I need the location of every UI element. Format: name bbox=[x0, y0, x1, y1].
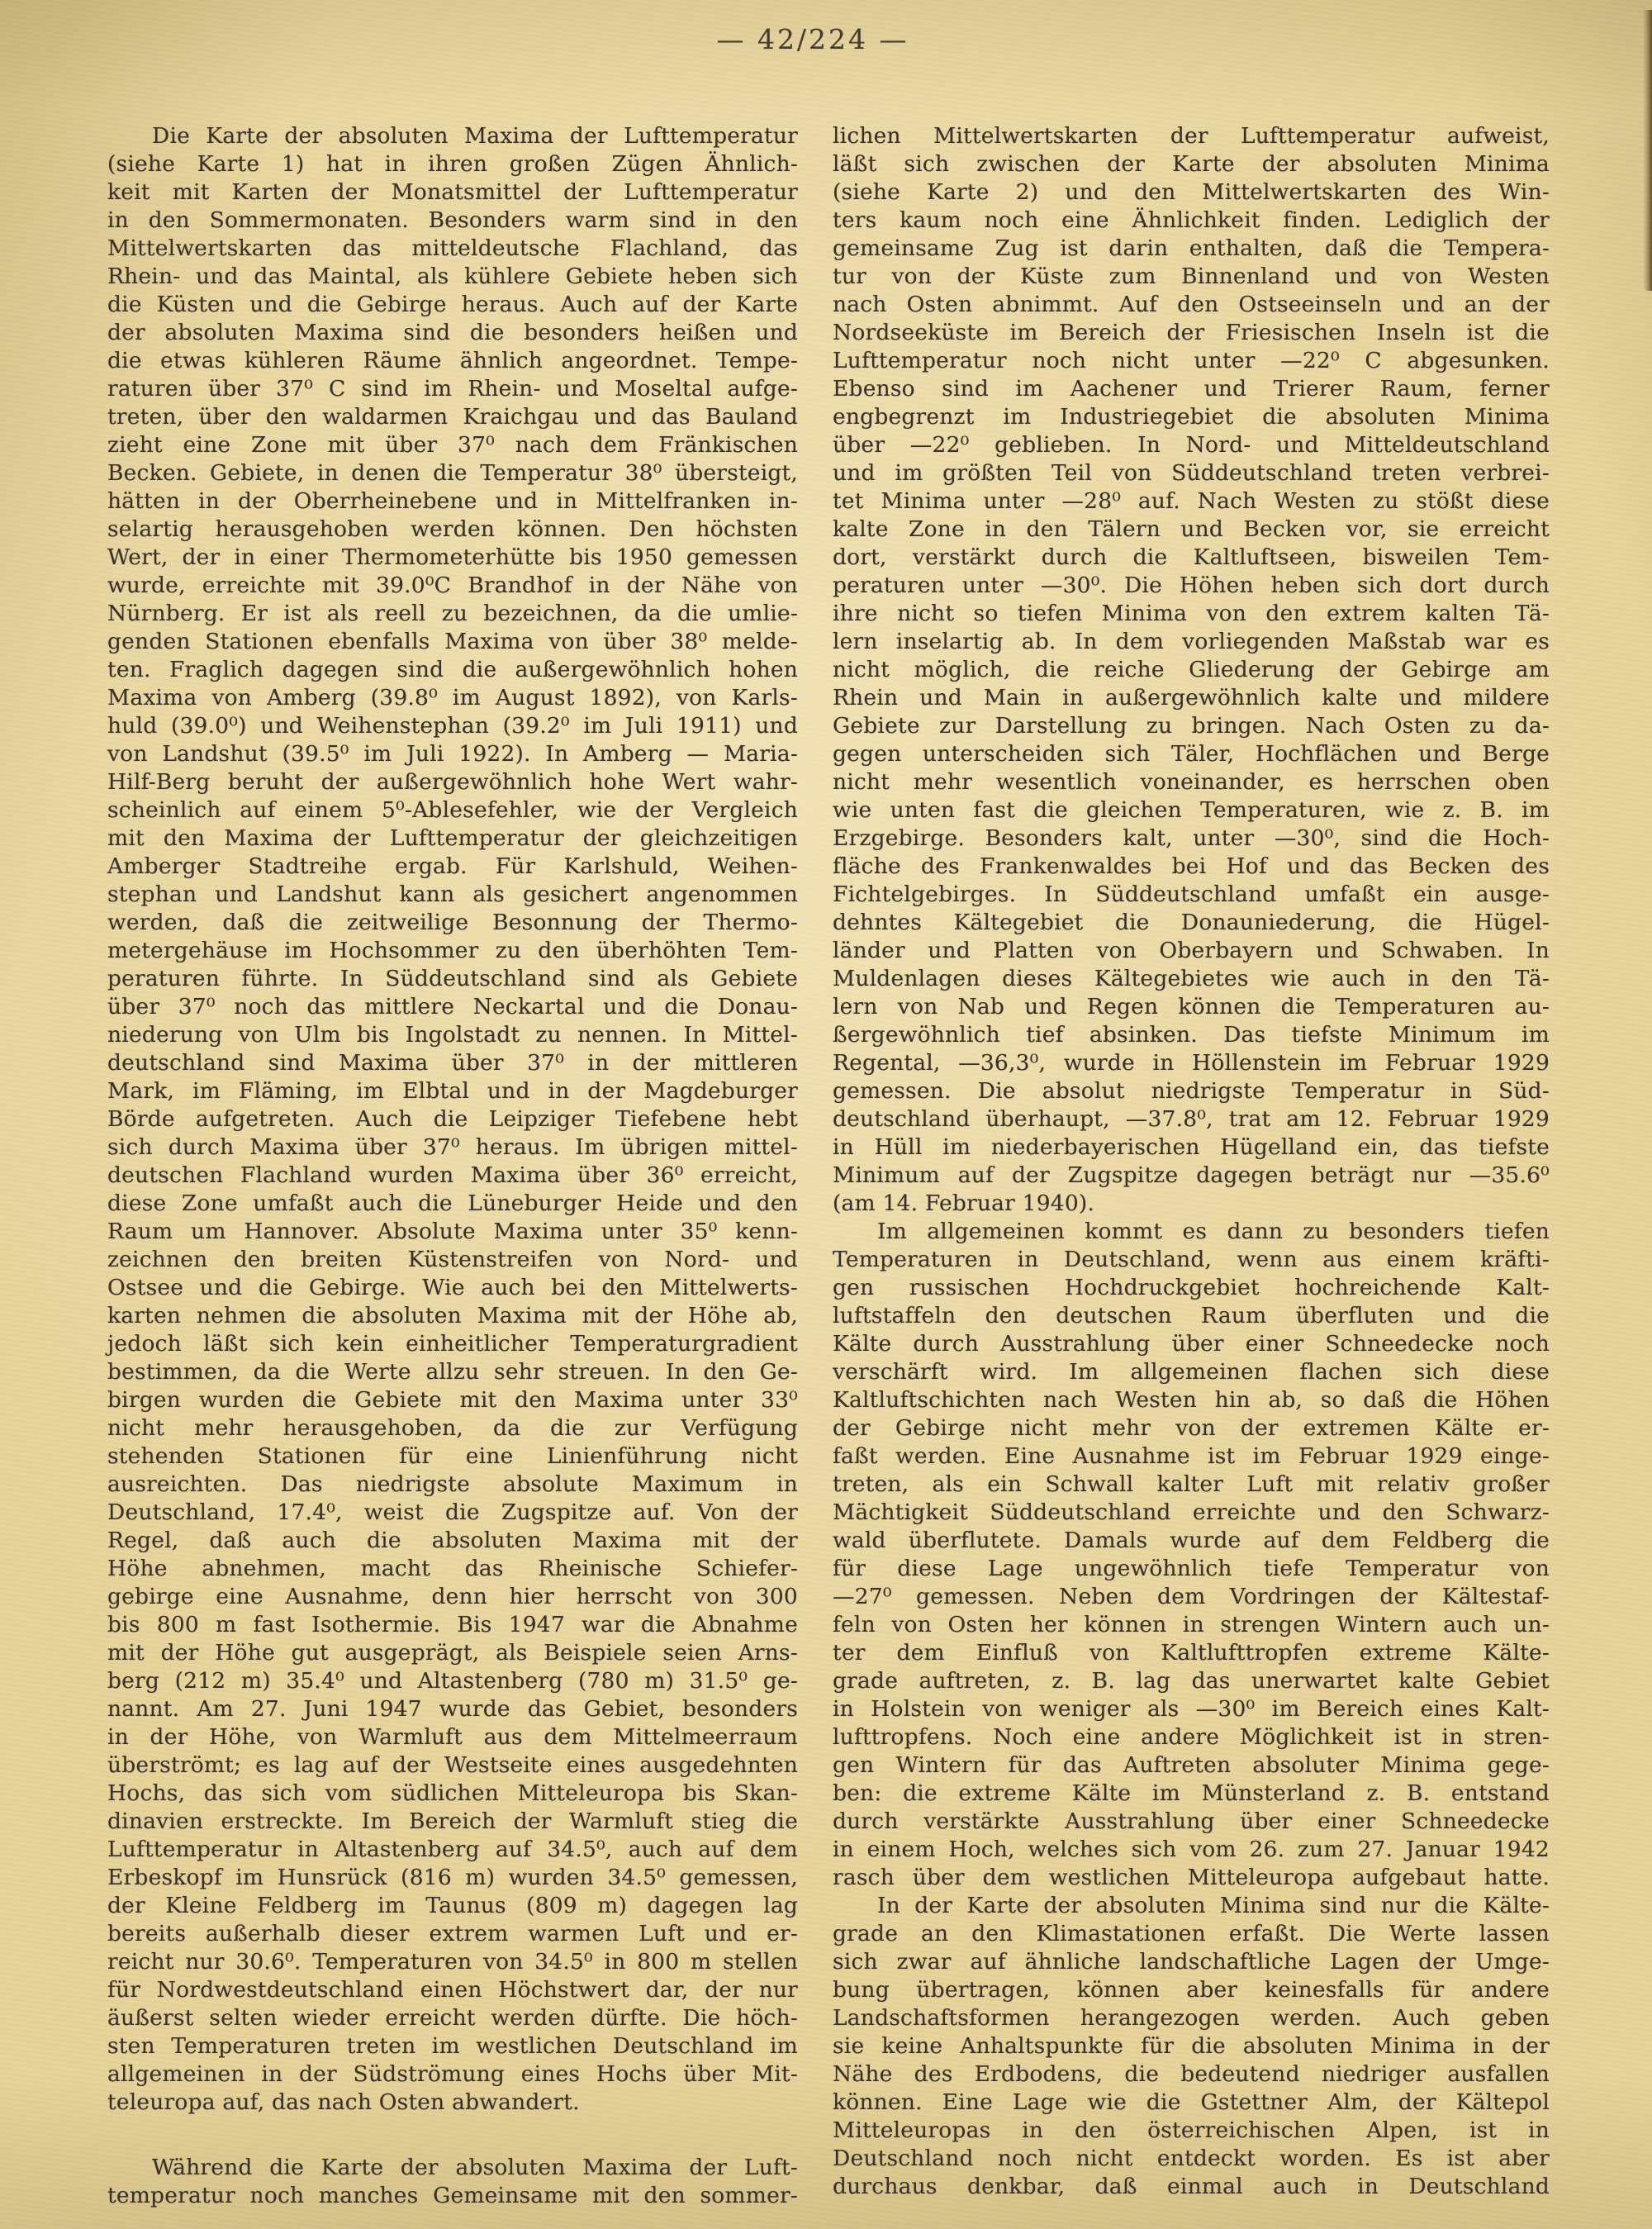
text-line: über 37⁰ noch das mittlere Neckartal und… bbox=[107, 993, 798, 1021]
text-line: zieht eine Zone mit über 37⁰ nach dem Fr… bbox=[107, 431, 798, 459]
text-line: die etwas kühleren Räume ähnlich angeord… bbox=[107, 347, 798, 375]
text-line: stehenden Stationen für eine Linienführu… bbox=[107, 1442, 798, 1471]
text-line: rasch über dem westlichen Mitteleuropa a… bbox=[833, 1864, 1550, 1892]
text-line: werden, daß die zeitweilige Besonnung de… bbox=[107, 909, 798, 937]
text-line: Rhein und Main in außergewöhnlich kalte … bbox=[833, 684, 1550, 712]
page-edge-shadow bbox=[1643, 10, 1652, 291]
text-line: grade auftreten, z. B. lag das unerwarte… bbox=[833, 1667, 1550, 1695]
text-line: niederung von Ulm bis Ingolstadt zu nenn… bbox=[107, 1021, 798, 1049]
text-line: ihre nicht so tiefen Minima von den extr… bbox=[833, 600, 1550, 628]
text-line: metergehäuse im Hochsommer zu den überhö… bbox=[107, 937, 798, 965]
text-line: zeichnen den breiten Küstenstreifen von … bbox=[107, 1246, 798, 1274]
text-line: ter dem Einfluß von Kaltlufttropfen extr… bbox=[833, 1639, 1550, 1667]
text-line: bis 800 m fast Isothermie. Bis 1947 war … bbox=[107, 1611, 798, 1639]
text-line: Erbeskopf im Hunsrück (816 m) wurden 34.… bbox=[107, 1864, 798, 1892]
text-line: Höhe abnehmen, macht das Rheinische Schi… bbox=[107, 1555, 798, 1583]
text-line: deutschland sind Maxima über 37⁰ in der … bbox=[107, 1049, 798, 1077]
text-line: ßergewöhnlich tief absinken. Das tiefste… bbox=[833, 1021, 1550, 1049]
text-line: stephan und Landshut kann als gesichert … bbox=[107, 881, 798, 909]
text-line: sie keine Anhaltspunkte für die absolute… bbox=[833, 2032, 1550, 2060]
text-line: die Küsten und die Gebirge heraus. Auch … bbox=[107, 291, 798, 319]
text-line: feln von Osten her können in strengen Wi… bbox=[833, 1611, 1550, 1639]
text-line: nannt. Am 27. Juni 1947 wurde das Gebiet… bbox=[107, 1695, 798, 1723]
text-line: sten Temperaturen treten im westlichen D… bbox=[107, 2032, 798, 2060]
text-line: mit der Höhe gut ausgeprägt, als Beispie… bbox=[107, 1639, 798, 1667]
text-line: bung übertragen, können aber keinesfalls… bbox=[833, 1976, 1550, 2004]
text-line: wie unten fast die gleichen Temperaturen… bbox=[833, 796, 1550, 825]
text-line: keit mit Karten der Monatsmittel der Luf… bbox=[107, 178, 798, 207]
text-line: treten, als ein Schwall kalter Luft mit … bbox=[833, 1471, 1550, 1499]
text-line: deutschen Flachland wurden Maxima über 3… bbox=[107, 1162, 798, 1190]
text-line: berg (212 m) 35.4⁰ und Altastenberg (780… bbox=[107, 1667, 798, 1695]
text-line: in den Sommermonaten. Besonders warm sin… bbox=[107, 207, 798, 235]
text-line: läßt sich zwischen der Karte der absolut… bbox=[833, 150, 1550, 178]
text-line: scheinlich auf einem 5⁰-Ablesefehler, wi… bbox=[107, 796, 798, 825]
text-line: Nürnberg. Er ist als reell zu bezeichnen… bbox=[107, 600, 798, 628]
text-line: mit den Maxima der Lufttemperatur der gl… bbox=[107, 825, 798, 853]
text-line: über —22⁰ geblieben. In Nord- und Mittel… bbox=[833, 431, 1550, 459]
text-line: sich zwar auf ähnliche landschaftliche L… bbox=[833, 1948, 1550, 1976]
text-line: diese Zone umfaßt auch die Lüneburger He… bbox=[107, 1190, 798, 1218]
text-line: Hilf-Berg beruht der außergewöhnlich hoh… bbox=[107, 768, 798, 796]
text-line: länder und Platten von Oberbayern und Sc… bbox=[833, 937, 1550, 965]
text-line: Lufttemperatur noch nicht unter —22⁰ C a… bbox=[833, 347, 1550, 375]
paragraph: lichen Mittelwertskarten der Lufttempera… bbox=[833, 122, 1550, 1218]
text-line: Mark, im Fläming, im Elbtal und in der M… bbox=[107, 1077, 798, 1105]
text-line: gen russischen Hochdruckgebiet hochreich… bbox=[833, 1274, 1550, 1302]
text-line: Mittelwertskarten das mitteldeutsche Fla… bbox=[107, 235, 798, 263]
text-line: der Kleine Feldberg im Taunus (809 m) da… bbox=[107, 1892, 798, 1920]
text-line: peraturen unter —30⁰. Die Höhen heben si… bbox=[833, 572, 1550, 600]
text-line: nicht möglich, die reiche Gliederung der… bbox=[833, 656, 1550, 684]
text-line: dehntes Kältegebiet die Donauniederung, … bbox=[833, 909, 1550, 937]
text-line: ters kaum noch eine Ähnlichkeit finden. … bbox=[833, 207, 1550, 235]
text-line: reicht nur 30.6⁰. Temperaturen von 34.5⁰… bbox=[107, 1948, 798, 1976]
text-line: nach Osten abnimmt. Auf den Ostseeinseln… bbox=[833, 291, 1550, 319]
text-line: tet Minima unter —28⁰ auf. Nach Westen z… bbox=[833, 487, 1550, 516]
text-line: ausreichten. Das niedrigste absolute Max… bbox=[107, 1471, 798, 1499]
text-line: der absoluten Maxima sind die besonders … bbox=[107, 319, 798, 347]
text-line: peraturen führte. In Süddeutschland sind… bbox=[107, 965, 798, 993]
text-line: lern von Nab und Regen können die Temper… bbox=[833, 993, 1550, 1021]
text-line: in der Höhe, von Warmluft aus dem Mittel… bbox=[107, 1723, 798, 1751]
page-number: — 42/224 — bbox=[0, 23, 1639, 55]
text-line: Rhein- und das Maintal, als kühlere Gebi… bbox=[107, 263, 798, 291]
text-line: Regental, —36,3⁰, wurde in Höllenstein i… bbox=[833, 1049, 1550, 1077]
scanned-page: — 42/224 — Die Karte der absoluten Maxim… bbox=[0, 0, 1652, 2229]
text-line: Temperaturen in Deutschland, wenn aus ei… bbox=[833, 1246, 1550, 1274]
text-line: in Hüll im niederbayerischen Hügelland e… bbox=[833, 1134, 1550, 1162]
text-line: in Holstein von weniger als —30⁰ im Bere… bbox=[833, 1695, 1550, 1723]
text-line: dinavien erstreckte. Im Bereich der Warm… bbox=[107, 1808, 798, 1836]
text-line: von Landshut (39.5⁰ im Juli 1922). In Am… bbox=[107, 740, 798, 768]
text-line: hätten in der Oberrheinebene und in Mitt… bbox=[107, 487, 798, 516]
text-line: —27⁰ gemessen. Neben dem Vordringen der … bbox=[833, 1583, 1550, 1611]
text-line: in einem Hoch, welches sich vom 26. zum … bbox=[833, 1836, 1550, 1864]
text-line: durchaus denkbar, daß einmal auch in Deu… bbox=[833, 2173, 1550, 2201]
text-line: verschärft wird. Im allgemeinen flachen … bbox=[833, 1358, 1550, 1386]
text-line: Maxima von Amberg (39.8⁰ im August 1892)… bbox=[107, 684, 798, 712]
text-line: deutschland überhaupt, —37.8⁰, trat am 1… bbox=[833, 1105, 1550, 1134]
paragraph: Im allgemeinen kommt es dann zu besonder… bbox=[833, 1218, 1550, 1892]
text-line: tur von der Küste zum Binnenland und von… bbox=[833, 263, 1550, 291]
text-line: grade an den Klimastationen erfaßt. Die … bbox=[833, 1920, 1550, 1948]
text-line: Lufttemperatur in Altastenberg auf 34.5⁰… bbox=[107, 1836, 798, 1864]
text-line: In der Karte der absoluten Minima sind n… bbox=[833, 1892, 1550, 1920]
text-line: durch verstärkte Ausstrahlung über einer… bbox=[833, 1808, 1550, 1836]
text-line: birgen wurden die Gebiete mit den Maxima… bbox=[107, 1386, 798, 1414]
text-line: lichen Mittelwertskarten der Lufttempera… bbox=[833, 122, 1550, 150]
text-line: Mitteleuropas in den österreichischen Al… bbox=[833, 2117, 1550, 2145]
text-line: Kälte durch Ausstrahlung über einer Schn… bbox=[833, 1330, 1550, 1358]
text-line: Nordseeküste im Bereich der Friesischen … bbox=[833, 319, 1550, 347]
text-line: (siehe Karte 2) und den Mittelwertskarte… bbox=[833, 178, 1550, 207]
text-line: Becken. Gebiete, in denen die Temperatur… bbox=[107, 459, 798, 487]
text-line: Fichtelgebirges. In Süddeutschland umfaß… bbox=[833, 881, 1550, 909]
text-line: Im allgemeinen kommt es dann zu besonder… bbox=[833, 1218, 1550, 1246]
text-line: wurde, erreichte mit 39.0⁰C Brandhof in … bbox=[107, 572, 798, 600]
text-line: karten nehmen die absoluten Maxima mit d… bbox=[107, 1302, 798, 1330]
text-line: Deutschland, 17.4⁰, weist die Zugspitze … bbox=[107, 1499, 798, 1527]
text-line: Gebiete zur Darstellung zu bringen. Nach… bbox=[833, 712, 1550, 740]
text-line: teleuropa auf, das nach Osten abwandert. bbox=[107, 2089, 798, 2117]
text-line: Mächtigkeit Süddeutschland erreichte und… bbox=[833, 1499, 1550, 1527]
text-line: (siehe Karte 1) hat in ihren großen Züge… bbox=[107, 150, 798, 178]
text-line: äußerst selten wieder erreicht werden dü… bbox=[107, 2004, 798, 2032]
text-line: Die Karte der absoluten Maxima der Luftt… bbox=[107, 122, 798, 150]
text-line: Nähe des Erdbodens, die bedeutend niedri… bbox=[833, 2060, 1550, 2089]
text-line: gemeinsame Zug ist darin enthalten, daß … bbox=[833, 235, 1550, 263]
text-line: für Nordwestdeutschland einen Höchstwert… bbox=[107, 1976, 798, 2004]
text-line: gebirge eine Ausnahme, denn hier herrsch… bbox=[107, 1583, 798, 1611]
text-line: kalte Zone in den Tälern und Becken vor,… bbox=[833, 516, 1550, 544]
text-line: nicht mehr wesentlich voneinander, es he… bbox=[833, 768, 1550, 796]
text-line: Regel, daß auch die absoluten Maxima mit… bbox=[107, 1527, 798, 1555]
text-line: der Gebirge nicht mehr von der extremen … bbox=[833, 1414, 1550, 1442]
text-line: gemessen. Die absolut niedrigste Tempera… bbox=[833, 1077, 1550, 1105]
text-line: Ebenso sind im Aachener und Trierer Raum… bbox=[833, 375, 1550, 403]
text-line: dort, verstärkt durch die Kaltluftseen, … bbox=[833, 544, 1550, 572]
text-line: selartig herausgehoben werden können. De… bbox=[107, 516, 798, 544]
text-line: huld (39.0⁰) und Weihenstephan (39.2⁰ im… bbox=[107, 712, 798, 740]
text-line: Minimum auf der Zugspitze dagegen beträg… bbox=[833, 1162, 1550, 1190]
text-line: ten. Fraglich dagegen sind die außergewö… bbox=[107, 656, 798, 684]
text-line: ben: die extreme Kälte im Münsterland z.… bbox=[833, 1780, 1550, 1808]
text-line: Raum um Hannover. Absolute Maxima unter … bbox=[107, 1218, 798, 1246]
text-line: Ostsee und die Gebirge. Wie auch bei den… bbox=[107, 1274, 798, 1302]
text-line: luftstaffeln den deutschen Raum überflut… bbox=[833, 1302, 1550, 1330]
text-line: wald überflutete. Damals wurde auf dem F… bbox=[833, 1527, 1550, 1555]
text-line: sich durch Maxima über 37⁰ heraus. Im üb… bbox=[107, 1134, 798, 1162]
right-text-column: lichen Mittelwertskarten der Lufttempera… bbox=[833, 122, 1550, 2201]
paragraph: In der Karte der absoluten Minima sind n… bbox=[833, 1892, 1550, 2201]
text-line: Hochs, das sich vom südlichen Mitteleuro… bbox=[107, 1780, 798, 1808]
text-line: Deutschland noch nicht entdeckt worden. … bbox=[833, 2145, 1550, 2173]
text-line: überströmt; es lag auf der Westseite ein… bbox=[107, 1751, 798, 1780]
text-line: jedoch läßt sich kein einheitlicher Temp… bbox=[107, 1330, 798, 1358]
text-line: Während die Karte der absoluten Maxima d… bbox=[107, 2154, 798, 2182]
text-line: bestimmen, da die Werte allzu sehr streu… bbox=[107, 1358, 798, 1386]
text-line: genden Stationen ebenfalls Maxima von üb… bbox=[107, 628, 798, 656]
text-line: lern inselartig ab. In dem vorliegenden … bbox=[833, 628, 1550, 656]
text-line: bereits außerhalb dieser extrem warmen L… bbox=[107, 1920, 798, 1948]
text-line: gen Wintern für das Auftreten absoluter … bbox=[833, 1751, 1550, 1780]
text-line: fläche des Frankenwaldes bei Hof und das… bbox=[833, 853, 1550, 881]
text-line: nicht mehr herausgehoben, da die zur Ver… bbox=[107, 1414, 798, 1442]
text-line: Wert, der in einer Thermometerhütte bis … bbox=[107, 544, 798, 572]
text-line: und im größten Teil von Süddeutschland t… bbox=[833, 459, 1550, 487]
text-line: Börde aufgetreten. Auch die Leipziger Ti… bbox=[107, 1105, 798, 1134]
text-line: Landschaftsformen herangezogen werden. A… bbox=[833, 2004, 1550, 2032]
text-line: engbegrenzt im Industriegebiet die absol… bbox=[833, 403, 1550, 431]
text-line: faßt werden. Eine Ausnahme ist im Februa… bbox=[833, 1442, 1550, 1471]
paragraph: Während die Karte der absoluten Maxima d… bbox=[107, 2154, 798, 2210]
text-line: (am 14. Februar 1940). bbox=[833, 1190, 1550, 1218]
text-line: Amberger Stadtreihe ergab. Für Karlshuld… bbox=[107, 853, 798, 881]
text-line: temperatur noch manches Gemeinsame mit d… bbox=[107, 2182, 798, 2210]
text-line: allgemeinen in der Südströmung eines Hoc… bbox=[107, 2060, 798, 2089]
left-text-column: Die Karte der absoluten Maxima der Luftt… bbox=[107, 122, 798, 2210]
text-line: raturen über 37⁰ C sind im Rhein- und Mo… bbox=[107, 375, 798, 403]
text-line: gegen unterscheiden sich Täler, Hochfläc… bbox=[833, 740, 1550, 768]
text-line: Muldenlagen dieses Kältegebietes wie auc… bbox=[833, 965, 1550, 993]
text-line: lufttropfens. Noch eine andere Möglichke… bbox=[833, 1723, 1550, 1751]
text-line: können. Eine Lage wie die Gstettner Alm,… bbox=[833, 2089, 1550, 2117]
text-line: Erzgebirge. Besonders kalt, unter —30⁰, … bbox=[833, 825, 1550, 853]
text-line: Kaltluftschichten nach Westen hin ab, so… bbox=[833, 1386, 1550, 1414]
text-line: treten, über den waldarmen Kraichgau und… bbox=[107, 403, 798, 431]
paragraph: Die Karte der absoluten Maxima der Luftt… bbox=[107, 122, 798, 2117]
text-line: für diese Lage ungewöhnlich tiefe Temper… bbox=[833, 1555, 1550, 1583]
